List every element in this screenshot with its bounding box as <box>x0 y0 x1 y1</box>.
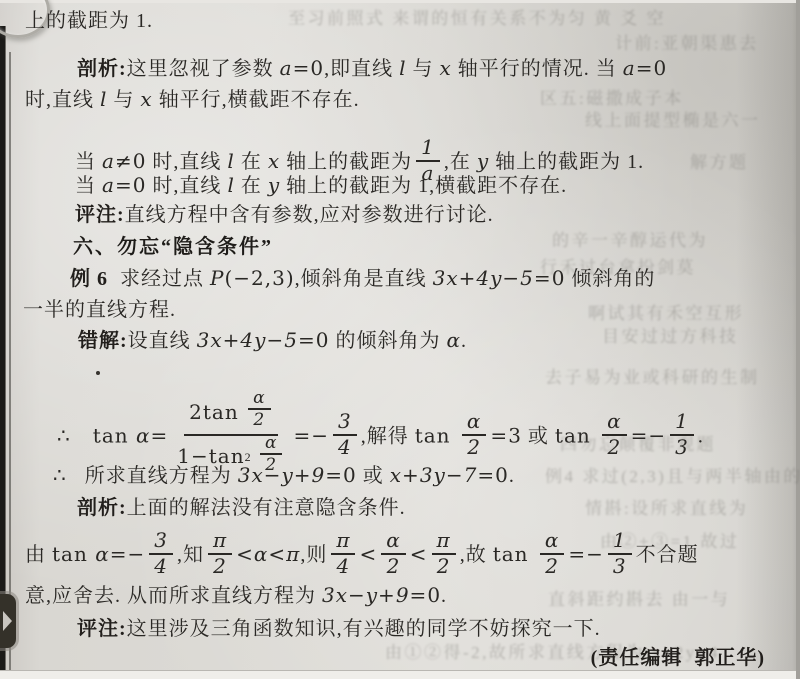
bleedthrough-text: 直斜距约斟去 由一与 <box>548 585 730 610</box>
final-equation-line: 意,应舍去. 从而所求直线方程为 3x−y+9=0. <box>25 582 447 609</box>
wrong-solution-line: 错解:设直线 3x+4y−5=0 的倾斜角为 α. <box>78 327 467 354</box>
ink-dot-artifact <box>96 371 100 375</box>
scanned-textbook-page: 至习前照式 来谓的恒有关系不为匀 黄 爻 空 计前:亚朝渠惠去 区五:磁撒成子本… <box>0 0 800 679</box>
editor-credit-line: (责任编辑 郭正华) <box>591 645 765 671</box>
constraint-analysis-line: 由 tan α=−34,知π2<α<π,则π4<α2<π2,故 tan α2=−… <box>25 533 699 580</box>
bleedthrough-text: 的辛一辛醇运代为 <box>552 226 708 251</box>
scan-binding-edge-highlight <box>5 26 6 672</box>
bleedthrough-text: 至习前照式 来谓的恒有关系不为匀 黄 爻 空 <box>288 4 666 29</box>
binder-tab-artifact <box>0 594 16 648</box>
binder-tab-arrow-icon <box>3 611 12 631</box>
bleedthrough-text: 啊试其有禾空互形 <box>588 299 744 324</box>
example6-line1: 例 6 求经过点 P(−2,3),倾斜角是直线 3x+4y−5=0 倾斜角的 <box>70 265 655 292</box>
example6-line2: 一半的直线方程. <box>23 297 176 323</box>
pouxi-analysis-line2: 时,直线 l 与 x 轴平行,横截距不存在. <box>25 86 360 113</box>
pingzhu2-line: 评注:这里涉及三角函数知识,有兴趣的同学不妨探究一下. <box>77 616 601 642</box>
bleedthrough-text: 线上面提型椭是六一 <box>585 106 761 131</box>
case-a-zero-line: 当 a=0 时,直线 l 在 y 轴上的截距为 1,横截距不存在. <box>75 172 567 199</box>
bleedthrough-text: 计前:亚朝渠惠去 <box>615 29 759 54</box>
scan-top-edge <box>0 0 800 3</box>
pouxi-analysis-line1: 剖析:这里忽视了参数 a=0,即直线 l 与 x 轴平行的情况. 当 a=0 <box>77 55 667 82</box>
bleedthrough-text: 去子易为业或科研的生制 <box>545 363 760 388</box>
bleedthrough-text: 解方题 <box>690 148 749 173</box>
section-heading: 六、勿忘“隐含条件” <box>73 234 273 260</box>
scan-right-edge <box>796 0 800 679</box>
margin-rule-line <box>9 52 11 672</box>
pouxi2-line: 剖析:上面的解法没有注意隐含条件. <box>77 495 406 521</box>
intercept-continuation-line: 上的截距为 1. <box>25 8 153 34</box>
result-equations-line: ∴ 所求直线方程为 3x−y+9=0 或 x+3y−7=0. <box>53 462 515 489</box>
bleedthrough-text: 目安过过方科技 <box>602 322 739 347</box>
pingzhu-comment-line: 评注:直线方程中含有参数,应对参数进行讨论. <box>75 202 494 228</box>
bleedthrough-text: 情斟:设所求直线为 <box>585 494 748 519</box>
scan-bottom-edge <box>0 670 800 679</box>
